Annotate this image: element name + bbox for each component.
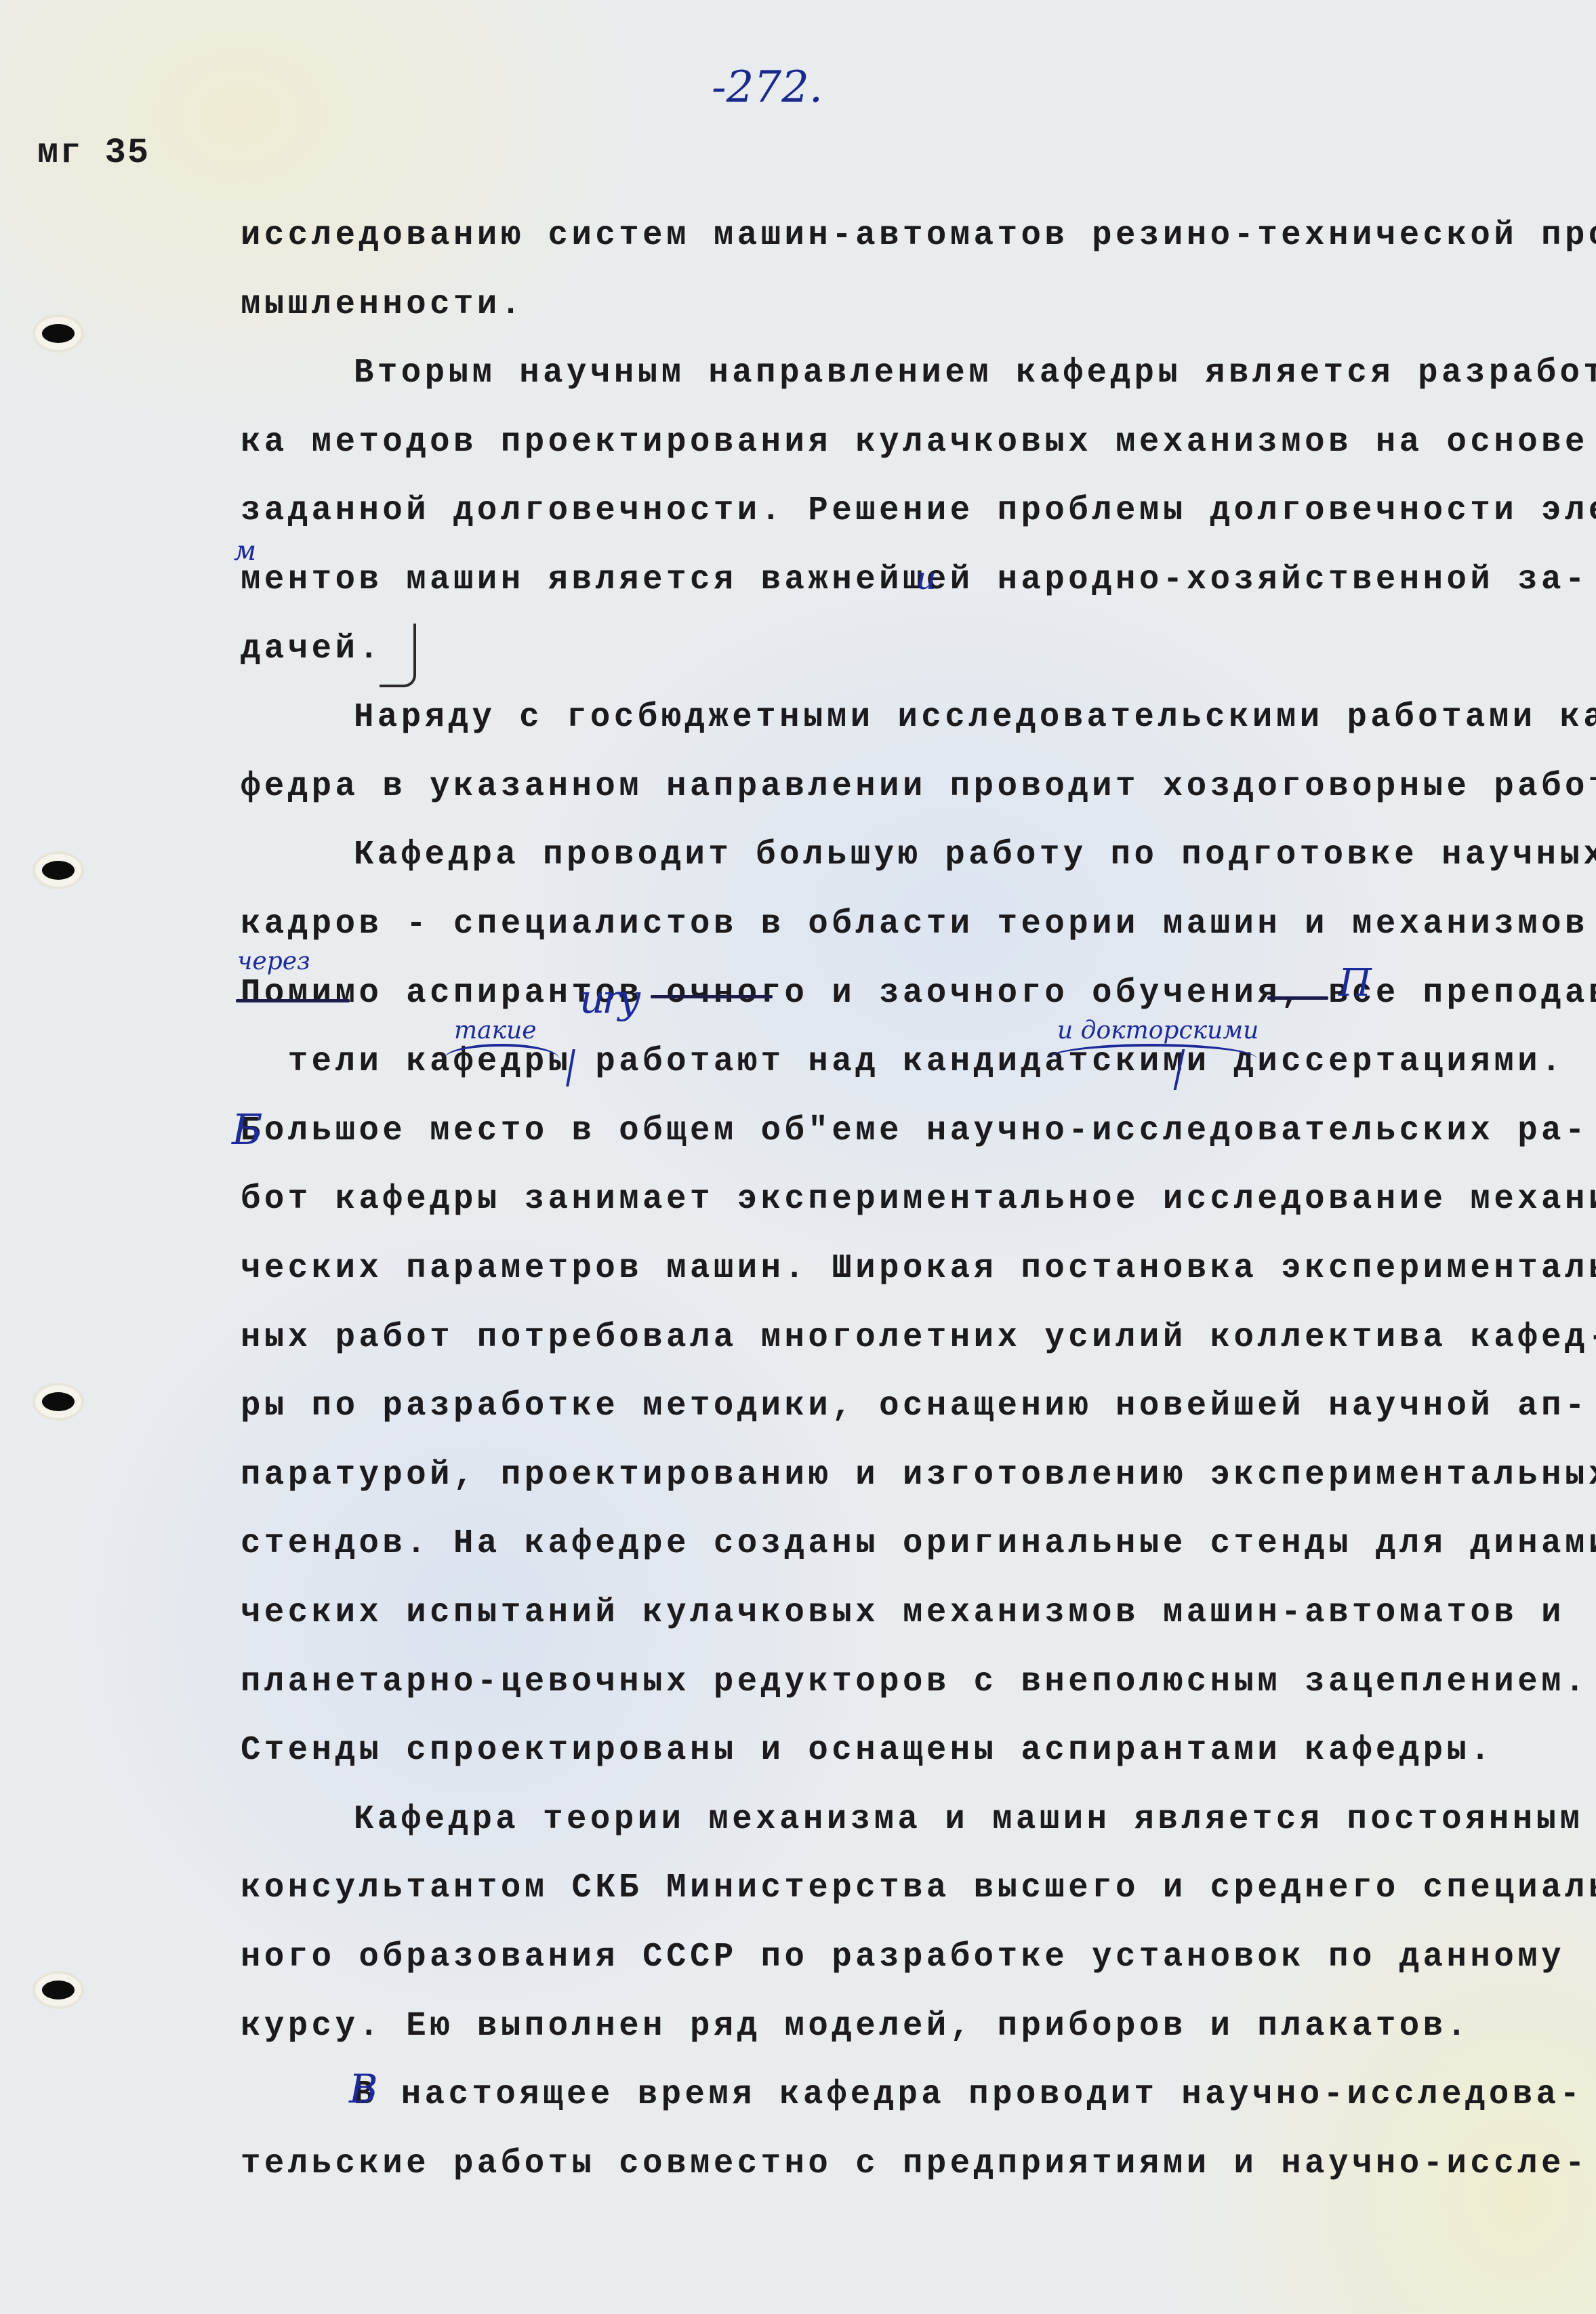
typed-line: ного образования СССР по разработке уста… xyxy=(241,1937,1565,1978)
strikethrough-vse xyxy=(1267,996,1328,1000)
annotation-correction-P: П xyxy=(1338,961,1372,1005)
page-number: -272. xyxy=(712,62,823,113)
typed-line: мышленности. xyxy=(241,285,525,325)
typed-line: ка методов проектирования кулачковых мех… xyxy=(241,422,1589,463)
typed-line: федра в указанном направлении проводит х… xyxy=(241,767,1596,807)
typed-line: Кафедра теории механизма и машин являетс… xyxy=(354,1800,1583,1840)
annotation-correction-m: м xyxy=(234,535,256,567)
typed-line: тели кафедры работают над кандидатскими … xyxy=(241,1042,1565,1082)
binder-hole xyxy=(42,324,75,343)
typed-line: Помимо аспирантов очного и заочного обуч… xyxy=(241,973,1596,1014)
typed-line: ры по разработке методики, оснащению нов… xyxy=(241,1386,1589,1427)
typed-line: кадров - специалистов в области теории м… xyxy=(241,904,1596,945)
typed-line: исследованию систем машин-автоматов рези… xyxy=(241,216,1596,256)
annotation-insert-ury: ury xyxy=(579,976,638,1022)
binder-hole xyxy=(42,861,75,880)
typed-line: ческих испытаний кулачковых механизмов м… xyxy=(241,1593,1565,1633)
strikethrough-pomimo xyxy=(236,999,350,1002)
annotation-insert-takie: такие xyxy=(454,1017,537,1044)
typed-line: Большое место в общем об"еме научно-иссл… xyxy=(241,1111,1589,1152)
annotation-insert-doktorskimi: и докторскими xyxy=(1057,1017,1259,1044)
typed-line: Кафедра проводит большую работу по подго… xyxy=(354,835,1596,876)
typed-line: стендов. На кафедре созданы оригинальные… xyxy=(241,1524,1596,1564)
annotation-correction-V: В xyxy=(349,2066,378,2112)
binder-hole xyxy=(42,1392,75,1411)
typed-line: дачей. xyxy=(241,629,382,670)
typed-line: Вторым научным направлением кафедры явля… xyxy=(354,353,1596,394)
margin-code: мг 35 xyxy=(37,133,150,173)
typed-line: бот кафедры занимает экспериментальное и… xyxy=(241,1179,1596,1220)
typed-line: консультантом СКБ Министерства высшего и… xyxy=(241,1868,1596,1909)
typed-line: планетарно-цевочных редукторов с внеполю… xyxy=(241,1662,1589,1703)
typed-line: ментов машин является важнейшей народно-… xyxy=(241,560,1589,601)
binder-hole xyxy=(42,1981,75,2000)
typed-line: тельские работы совместно с предприятиям… xyxy=(241,2144,1589,2185)
document-page: -272. мг 35 исследованию систем машин-ав… xyxy=(0,0,1596,2314)
annotation-insert-cherez: через xyxy=(237,948,310,975)
strikethrough-ochnogo xyxy=(651,995,773,998)
typed-line: Стенды спроектированы и оснащены аспиран… xyxy=(241,1730,1494,1771)
annotation-correction-B: Б xyxy=(232,1105,263,1154)
typed-line: ных работ потребовала многолетних усилий… xyxy=(241,1318,1596,1358)
closing-bracket-mark xyxy=(380,624,416,687)
typed-line: ческих параметров машин. Широкая постано… xyxy=(241,1249,1596,1289)
typed-line: курсу. Ею выполнен ряд моделей, приборов… xyxy=(241,2006,1470,2047)
typed-line: Наряду с госбюджетными исследовательским… xyxy=(354,697,1596,738)
annotation-correction-i: и xyxy=(916,560,937,596)
typed-line: паратурой, проектированию и изготовлению… xyxy=(241,1455,1596,1496)
typed-line: В настоящее время кафедра проводит научн… xyxy=(354,2075,1583,2115)
typed-line: заданной долговечности. Решение проблемы… xyxy=(241,491,1596,531)
